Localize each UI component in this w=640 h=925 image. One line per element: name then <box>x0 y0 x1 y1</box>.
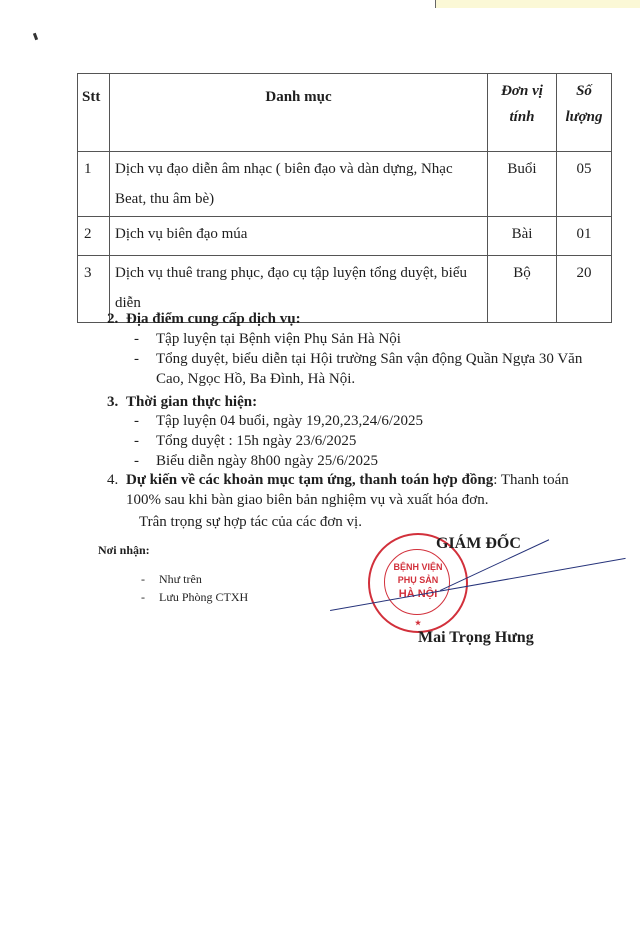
section-title: Địa điểm cung cấp dịch vụ: <box>126 311 301 327</box>
cell-qty: 01 <box>557 217 612 256</box>
list-item: -Tổng duyệt : 15h ngày 23/6/2025 <box>134 431 356 451</box>
section-number: 3. <box>107 392 126 412</box>
section-number: 2. <box>107 309 126 329</box>
signer-title: GIÁM ĐỐC <box>436 535 521 553</box>
recipient-item: -Lưu Phòng CTXH <box>141 590 248 605</box>
dash: - <box>134 329 156 349</box>
stamp-star-icon: ★ <box>370 619 466 627</box>
cell-stt: 2 <box>78 217 110 256</box>
list-item-text: Tập luyện tại Bệnh viện Phụ Sản Hà Nội <box>156 331 401 347</box>
cell-name: Dịch vụ đạo diễn âm nhạc ( biên đạo và d… <box>110 152 488 217</box>
list-item: -Tập luyện tại Bệnh viện Phụ Sản Hà Nội <box>134 329 401 349</box>
closing-text: Trân trọng sự hợp tác của các đơn vị. <box>139 512 362 532</box>
table-header-row: Stt Danh mục Đơn vị tính Số lượng <box>78 74 612 152</box>
cell-unit: Bộ <box>488 256 557 323</box>
section-text: : Thanh toán <box>493 472 569 488</box>
scan-mark <box>33 33 38 41</box>
signer-name: Mai Trọng Hưng <box>418 629 534 647</box>
list-item: -Tập luyện 04 buổi, ngày 19,20,23,24/6/2… <box>134 411 423 431</box>
table-row: 1 Dịch vụ đạo diễn âm nhạc ( biên đạo và… <box>78 152 612 217</box>
section-location-heading: 2.Địa điểm cung cấp dịch vụ: <box>107 309 301 329</box>
list-item-text: Biểu diễn ngày 8h00 ngày 25/6/2025 <box>156 453 378 469</box>
dash: - <box>141 590 159 605</box>
recipient-text: Lưu Phòng CTXH <box>159 590 248 604</box>
cell-stt: 1 <box>78 152 110 217</box>
cell-unit: Bài <box>488 217 557 256</box>
dash: - <box>134 349 156 369</box>
header-qty: Số lượng <box>557 74 612 152</box>
section-payment: 4.Dự kiến về các khoản mục tạm ứng, than… <box>107 470 569 490</box>
section-time-heading: 3.Thời gian thực hiện: <box>107 392 257 412</box>
recipient-item: -Như trên <box>141 572 202 587</box>
dash: - <box>134 451 156 471</box>
header-unit: Đơn vị tính <box>488 74 557 152</box>
dash: - <box>134 411 156 431</box>
recipients-title: Nơi nhận: <box>98 543 150 558</box>
cell-stt: 3 <box>78 256 110 323</box>
section-title: Thời gian thực hiện: <box>126 394 257 410</box>
dash: - <box>134 431 156 451</box>
cell-qty: 05 <box>557 152 612 217</box>
list-item-continuation: Cao, Ngọc Hồ, Ba Đình, Hà Nội. <box>134 369 355 389</box>
header-name: Danh mục <box>110 74 488 152</box>
list-item-text: Tập luyện 04 buổi, ngày 19,20,23,24/6/20… <box>156 413 423 429</box>
cell-unit: Buổi <box>488 152 557 217</box>
section-title: Dự kiến về các khoản mục tạm ứng, thanh … <box>126 472 493 488</box>
stamp-text: BỆNH VIỆN <box>370 562 466 572</box>
list-item: -Biểu diễn ngày 8h00 ngày 25/6/2025 <box>134 451 378 471</box>
section-payment-text: 100% sau khi bàn giao biên bản nghiệm vụ… <box>126 490 488 510</box>
list-item: -Tổng duyệt, biểu diễn tại Hội trường Sâ… <box>134 349 582 369</box>
list-item-text: Tổng duyệt : 15h ngày 23/6/2025 <box>156 433 356 449</box>
services-table: Stt Danh mục Đơn vị tính Số lượng 1 Dịch… <box>77 73 612 323</box>
table-row: 2 Dịch vụ biên đạo múa Bài 01 <box>78 217 612 256</box>
list-item-text: Tổng duyệt, biểu diễn tại Hội trường Sân… <box>156 351 582 367</box>
header-stt: Stt <box>78 74 110 152</box>
cell-qty: 20 <box>557 256 612 323</box>
recipient-text: Như trên <box>159 572 202 586</box>
section-number: 4. <box>107 470 126 490</box>
dash: - <box>141 572 159 587</box>
list-item-text: Cao, Ngọc Hồ, Ba Đình, Hà Nội. <box>156 371 355 387</box>
scan-paper-edge <box>435 0 640 8</box>
cell-name: Dịch vụ biên đạo múa <box>110 217 488 256</box>
